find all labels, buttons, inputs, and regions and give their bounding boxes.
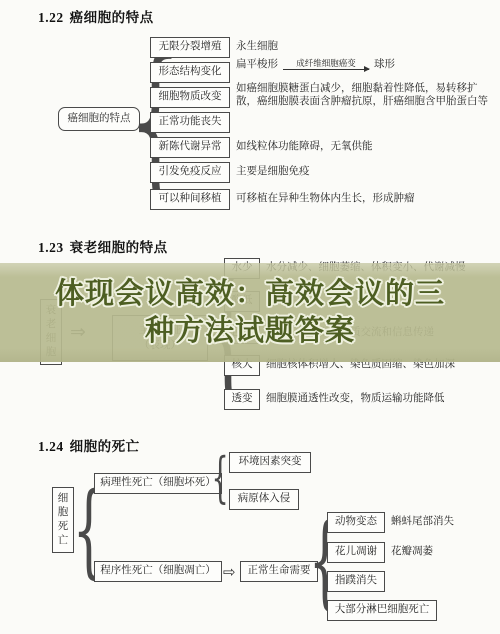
trait-desc: 如线粒体功能障碍，无氧供能 bbox=[236, 140, 373, 153]
section-number: 1.23 bbox=[38, 240, 64, 255]
brace-shape: { bbox=[309, 506, 326, 618]
section-1-24-title: 1.24细胞的死亡 bbox=[38, 435, 140, 455]
trait-desc-with-arrow: 扁平梭形 成纤维细胞癌变 球形 bbox=[236, 56, 395, 71]
trait-box: 正常功能丧失 bbox=[150, 112, 230, 133]
apoptosis-example-desc: 花瓣凋萎 bbox=[391, 545, 433, 558]
banner-title-line2: 种方法试题答案 bbox=[145, 313, 355, 350]
section-title-text: 细胞的死亡 bbox=[70, 439, 140, 454]
apoptosis-example-box: 大部分淋巴细胞死亡 bbox=[327, 600, 437, 621]
brace-shape: { bbox=[212, 448, 223, 508]
trait-box: 形态结构变化 bbox=[150, 62, 230, 83]
section-1-23-title: 1.23衰老细胞的特点 bbox=[38, 236, 168, 256]
death-cause-box: 环境因素突变 bbox=[229, 452, 311, 473]
section-number: 1.24 bbox=[38, 439, 64, 454]
hollow-arrow-icon: ⇨ bbox=[223, 563, 236, 582]
section-title-text: 衰老细胞的特点 bbox=[70, 240, 168, 255]
labeled-arrow: 成纤维细胞癌变 bbox=[283, 58, 369, 70]
aging-trait-box: 透变 bbox=[224, 389, 260, 410]
textbook-page: 1.22癌细胞的特点 癌细胞的特点 { 无限分裂增殖 永生细胞 形态结构变化 扁… bbox=[0, 0, 500, 634]
pathological-death-box: 病理性死亡（细胞坏死） bbox=[94, 473, 222, 494]
root-box-cell-death: 细胞死亡 bbox=[52, 487, 74, 553]
aging-trait-desc: 细胞膜通透性改变，物质运输功能降低 bbox=[266, 392, 445, 405]
trait-desc: 如癌细胞膜糖蛋白减少，细胞黏着性降低，易转移扩散，癌细胞膜表面含肿瘤抗原，肝癌细… bbox=[236, 82, 494, 108]
trait-box: 无限分裂增殖 bbox=[150, 37, 230, 58]
apoptosis-example-box: 指蹼消失 bbox=[327, 571, 385, 592]
arrow-annotation: 成纤维细胞癌变 bbox=[296, 58, 356, 68]
trait-box: 新陈代谢异常 bbox=[150, 137, 230, 158]
trait-desc: 主要是细胞免疫 bbox=[236, 165, 310, 178]
arrow-target-label: 球形 bbox=[374, 56, 395, 71]
trait-box: 细胞物质改变 bbox=[150, 87, 230, 108]
right-arrow-icon bbox=[283, 69, 369, 70]
trait-box: 引发免疫反应 bbox=[150, 162, 230, 183]
trait-desc: 可移植在异种生物体内生长，形成肿瘤 bbox=[236, 192, 415, 205]
programmed-death-box: 程序性死亡（细胞凋亡） bbox=[94, 561, 222, 582]
brace-shape: { bbox=[73, 475, 90, 587]
trait-box: 可以种间移植 bbox=[150, 189, 230, 210]
section-number: 1.22 bbox=[38, 10, 64, 25]
brace-shape: { bbox=[129, 30, 146, 210]
death-cause-box: 病原体入侵 bbox=[229, 489, 299, 510]
watermark-banner: 体现会议高效：高效会议的三 种方法试题答案 bbox=[0, 263, 500, 362]
arrow-source-label: 扁平梭形 bbox=[236, 56, 278, 71]
apoptosis-example-desc: 蝌蚪尾部消失 bbox=[391, 515, 454, 528]
trait-desc: 永生细胞 bbox=[236, 40, 278, 53]
life-need-box: 正常生命需要 bbox=[240, 561, 318, 582]
apoptosis-example-box: 动物变态 bbox=[327, 512, 385, 533]
banner-title-line1: 体现会议高效：高效会议的三 bbox=[55, 276, 445, 313]
apoptosis-example-box: 花儿凋谢 bbox=[327, 542, 385, 563]
